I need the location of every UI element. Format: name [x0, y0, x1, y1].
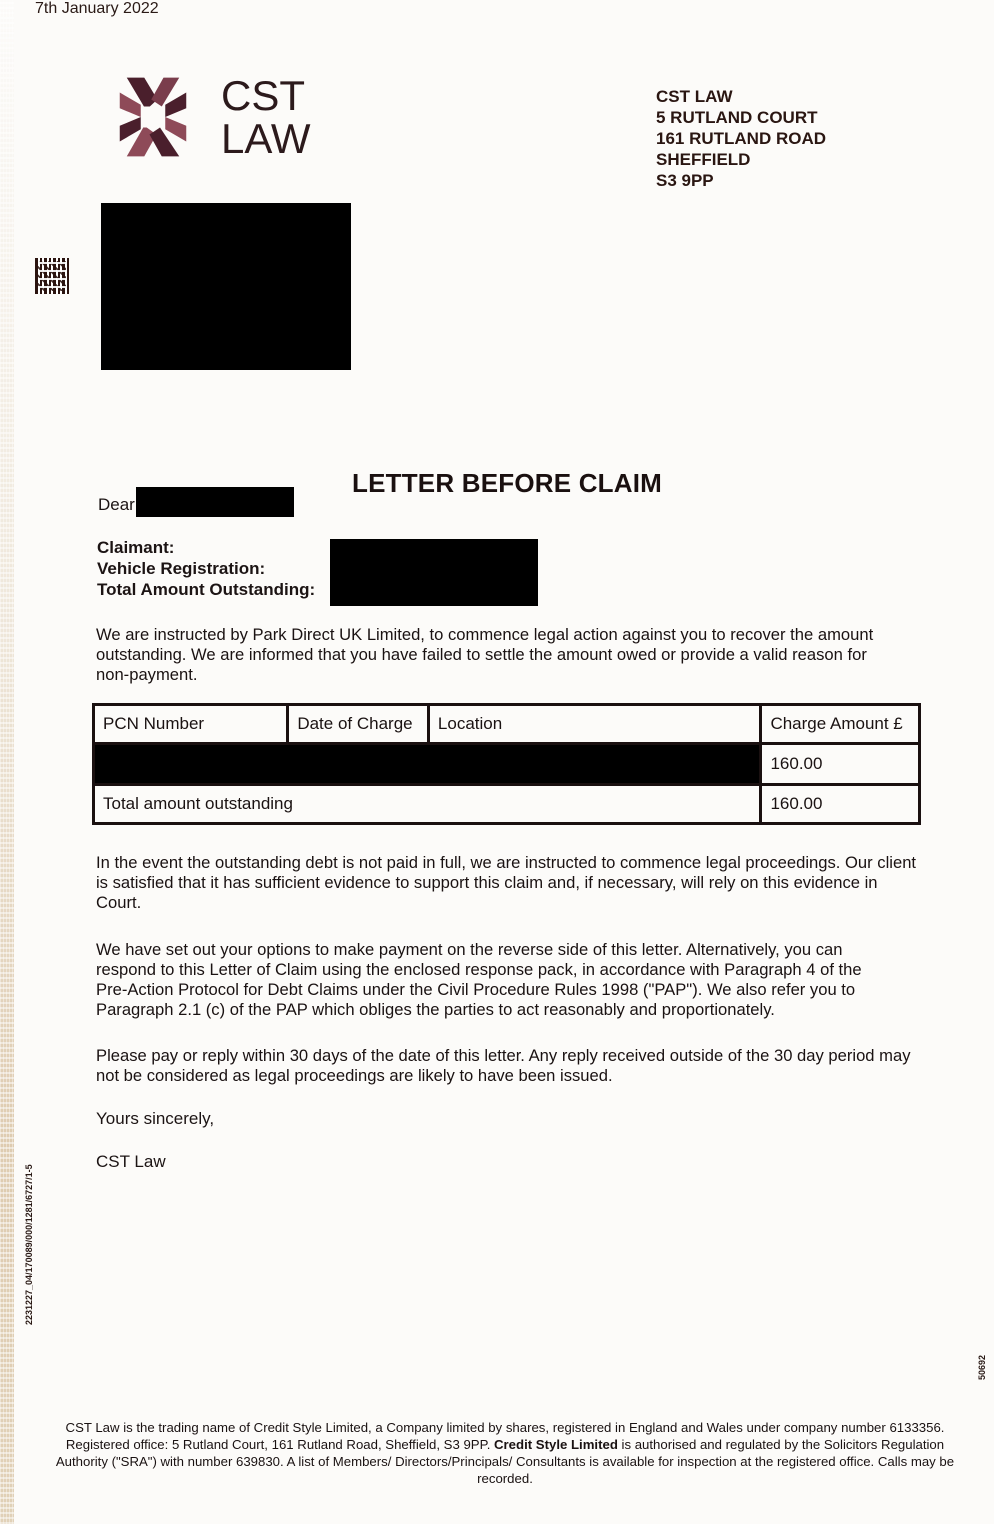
closing: Yours sincerely, [96, 1109, 214, 1129]
total-label-cell: Total amount outstanding [94, 785, 761, 824]
table-header-row: PCN Number Date of Charge Location Charg… [94, 705, 920, 744]
paragraph-proceedings: In the event the outstanding debt is not… [96, 853, 926, 913]
claimant-label: Claimant: [97, 537, 315, 558]
cst-law-logo-mark-icon [118, 73, 188, 161]
letter-title: LETTER BEFORE CLAIM [352, 468, 662, 499]
charges-table: PCN Number Date of Charge Location Charg… [92, 703, 921, 825]
table-row: 160.00 [94, 744, 920, 785]
address-line: 5 RUTLAND COURT [656, 107, 826, 128]
side-reference-code: 2231227_04/170089/000/1281/6727/1-5 [24, 1155, 34, 1325]
redacted-recipient-name [136, 487, 294, 517]
address-line: S3 9PP [656, 170, 826, 191]
legal-footer: CST Law is the trading name of Credit St… [50, 1419, 960, 1487]
scan-edge-texture [0, 0, 14, 1524]
total-amount-cell: 160.00 [761, 785, 920, 824]
datamatrix-barcode-icon [35, 258, 69, 294]
paragraph-instruction: We are instructed by Park Direct UK Limi… [96, 625, 896, 685]
letter-date: 7th January 2022 [35, 0, 159, 18]
header-pcn-number: PCN Number [94, 705, 288, 744]
redacted-recipient-address [101, 203, 351, 370]
paragraph-deadline: Please pay or reply within 30 days of th… [96, 1046, 926, 1086]
footer-company-name: Credit Style Limited [494, 1437, 618, 1452]
table-total-row: Total amount outstanding 160.00 [94, 785, 920, 824]
claim-fields: Claimant: Vehicle Registration: Total Am… [97, 537, 315, 600]
header-charge-amount: Charge Amount £ [761, 705, 920, 744]
right-reference-code: 50692 [977, 1355, 987, 1380]
address-line: 161 RUTLAND ROAD [656, 128, 826, 149]
address-line: CST LAW [656, 86, 826, 107]
redacted-claim-values [330, 539, 538, 606]
signoff: CST Law [96, 1152, 166, 1172]
logo-line-2: LAW [221, 118, 310, 161]
address-line: SHEFFIELD [656, 149, 826, 170]
logo-line-1: CST [221, 75, 310, 118]
logo-wordmark: CST LAW [221, 75, 310, 161]
total-amount-label: Total Amount Outstanding: [97, 579, 315, 600]
sender-address: CST LAW 5 RUTLAND COURT 161 RUTLAND ROAD… [656, 86, 826, 191]
charge-amount-cell: 160.00 [761, 744, 920, 785]
vehicle-registration-label: Vehicle Registration: [97, 558, 315, 579]
header-location: Location [428, 705, 761, 744]
redacted-charge-details [94, 744, 761, 785]
paragraph-options: We have set out your options to make pay… [96, 940, 896, 1020]
company-logo: CST LAW [118, 73, 318, 163]
header-date-of-charge: Date of Charge [288, 705, 429, 744]
salutation: Dear [98, 495, 135, 515]
